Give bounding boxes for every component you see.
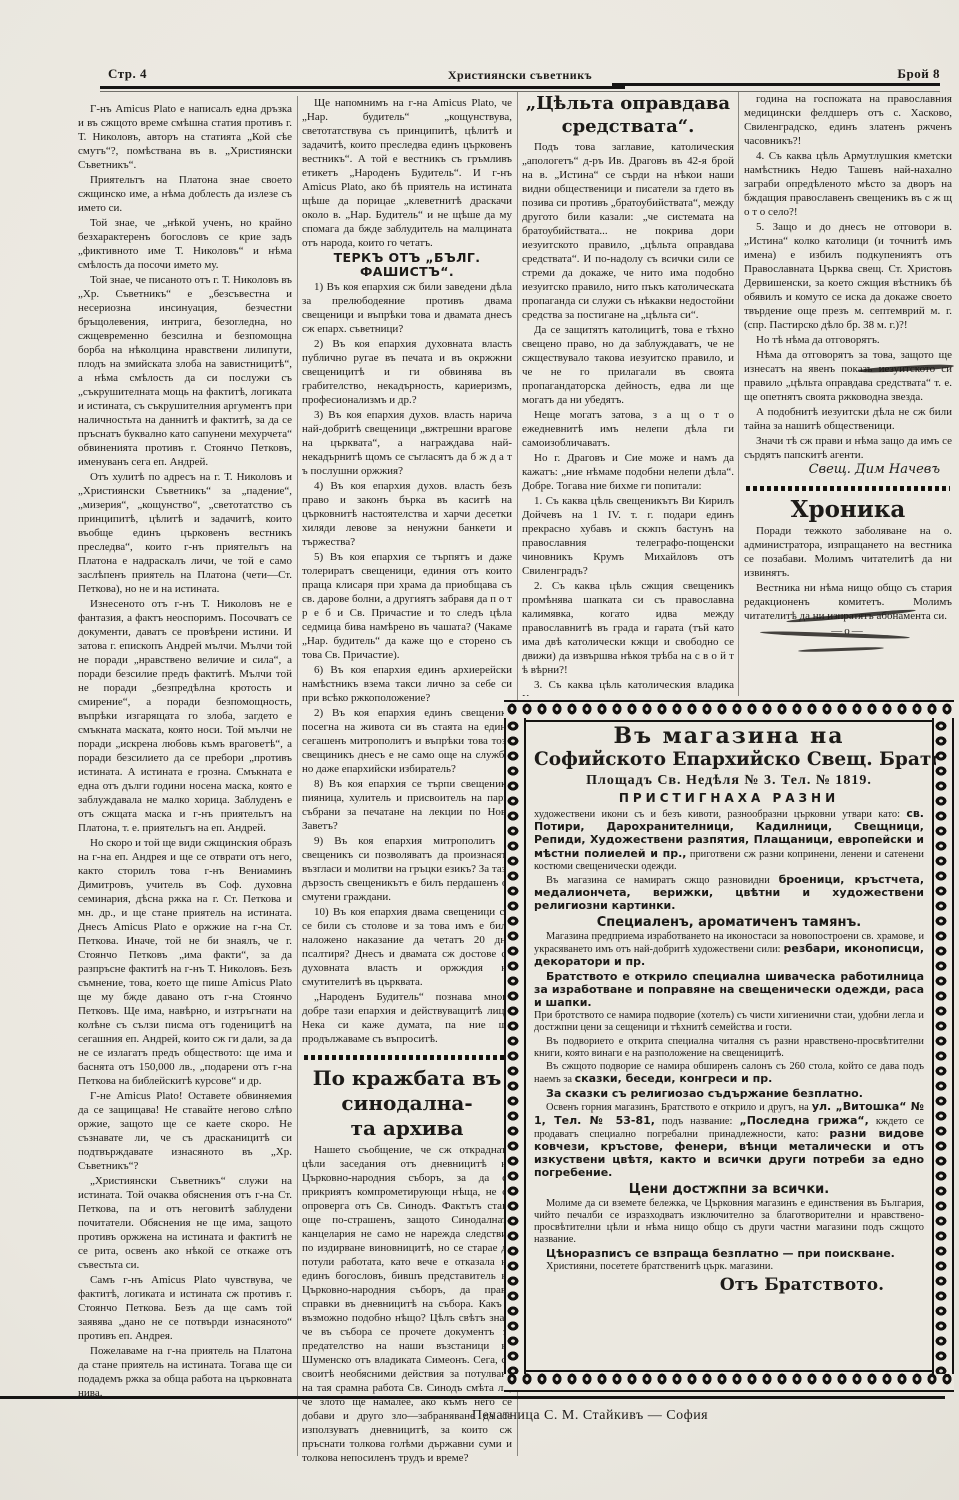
- ad-title: Въ магазина на: [534, 724, 924, 748]
- ad-arrived-heading: ПРИСТИГНАХА РАЗНИ: [534, 790, 924, 806]
- terk-item: 6) Въ коя епархия единъ архиерейски намѣ…: [302, 663, 512, 705]
- ad-paragraph: Християни, посетете братственитѣ църк. м…: [534, 1261, 924, 1273]
- ad-paragraph: художествени икони съ и безъ кивоти, раз…: [534, 808, 924, 873]
- author-signature: Свещ. Дим Начевъ: [744, 463, 952, 477]
- article-paragraph: Пожелаваме на г-на приятель на Платона д…: [78, 1344, 292, 1400]
- article-paragraph: А подобнитѣ иезуитски дѣла не сж били та…: [744, 405, 952, 433]
- issue-number-label: Брой 8: [850, 66, 940, 82]
- chronicle-headline: Хроника: [744, 497, 952, 523]
- ad-paragraph: Въ магазина се намиратъ сжщо разновидни …: [534, 874, 924, 914]
- celta-article-body: Подъ това заглавие, католическия „аполог…: [522, 140, 734, 696]
- column-1-article-amicus-plato: Г-нъ Amicus Plato е написалъ една дръзка…: [78, 102, 292, 1466]
- article-paragraph: Той знае, че „нѣкой ученъ, но крайно без…: [78, 216, 292, 272]
- article-paragraph: 1. Съ каква цѣль свещеникътъ Ви Кирилъ Д…: [522, 494, 734, 578]
- column-divider-1: [297, 96, 298, 1456]
- terk-item: 5) Въ коя епархия се търпятъ и даже толе…: [302, 550, 512, 662]
- theft-article-headline: По кражбата въ синодална- та архива: [302, 1066, 512, 1141]
- ad-paragraph: Молиме да си вземете бележка, че Църковн…: [534, 1198, 924, 1247]
- footer-rule: [0, 1396, 945, 1399]
- article-paragraph: Да се защитятъ католицитѣ, това е тѣхно …: [522, 323, 734, 407]
- terk-item: 9) Въ коя епархия митрополитъ и свещеник…: [302, 834, 512, 904]
- diamond-separator: [304, 1055, 510, 1060]
- article-paragraph: 3. Съ каква цѣль католическия владика Ку…: [522, 678, 734, 696]
- ad-paragraph: Въ сжщото подворие се намира обширенъ са…: [534, 1061, 924, 1086]
- ad-address-phone: Площадъ Св. Недѣля № 3. Тел. № 1819.: [534, 772, 924, 790]
- terk-item: 8) Въ коя епархия се търпи свещеникъ пия…: [302, 777, 512, 833]
- terk-article-headline: ТЕРКЪ ОТЪ „БЪЛГ. ФАШИСТЪ“.: [302, 251, 512, 279]
- chronicle-paragraph: Поради тежкото заболяване на о. админист…: [744, 524, 952, 580]
- celta-article-continued: година на госпожата на православния меди…: [744, 92, 952, 462]
- newspaper-page: Стр. 4 Християнски съветникъ Брой 8 Г-нъ…: [0, 0, 959, 1500]
- article-paragraph: Подъ това заглавие, католическия „аполог…: [522, 140, 734, 322]
- ad-paragraph: Магазина предприема изработването на ико…: [534, 931, 924, 970]
- ad-signoff: Отъ Братството.: [534, 1276, 924, 1295]
- article-paragraph: Самъ г-нъ Amicus Plato чувствува, че фак…: [78, 1273, 292, 1343]
- article-paragraph: Неще могатъ затова, з а щ о т о ежедневн…: [522, 408, 734, 450]
- article-paragraph: „Християнски Съветникъ“ служи на истинат…: [78, 1174, 292, 1272]
- article-paragraph: Г-нъ Amicus Plato е написалъ една дръзка…: [78, 102, 292, 172]
- article-paragraph: Приятельтъ на Платона знае своето сжщинс…: [78, 173, 292, 215]
- article-paragraph: Ще напомнимъ на г-на Amicus Plato, че „Н…: [302, 96, 512, 250]
- terk-item: 2) Въ коя епархия единъ свещеникъ посегн…: [302, 706, 512, 776]
- printer-imprint: Печатница С. М. Стайкивъ — София: [280, 1408, 900, 1424]
- ad-body: художествени икони съ и безъ кивоти, раз…: [534, 808, 924, 1274]
- article-paragraph: 5. Защо и до днесъ не отговори в. „Истин…: [744, 220, 952, 332]
- terk-item: 2) Въ коя епархия духовната власть публи…: [302, 337, 512, 407]
- header-rule-right: [612, 83, 940, 86]
- terk-item: 1) Въ коя епархия сж били заведени дѣла …: [302, 280, 512, 336]
- terk-item: 10) Въ коя епархия двама свещеници сж се…: [302, 905, 512, 989]
- terk-item: 4) Въ коя епархия духов. власть безъ пра…: [302, 479, 512, 549]
- column-2: Ще напомнимъ на г-на Amicus Plato, че „Н…: [302, 96, 512, 1464]
- ad-paragraph: Цѣноразписъ се взпраща безплатно — при п…: [534, 1247, 924, 1260]
- celta-article-headline: „Цѣльта оправдава средствата“.: [522, 92, 734, 138]
- column-3: „Цѣльта оправдава средствата“. Подъ това…: [522, 92, 734, 696]
- article-paragraph: Но скоро и той ще види сжщинския образъ …: [78, 836, 292, 1088]
- ad-paragraph: При бротството се намира подворие (хотел…: [534, 1010, 924, 1034]
- ad-brotherhood-name: Софийското Епархийско Свещ. Братство: [534, 749, 924, 771]
- ad-paragraph: Специаленъ, ароматиченъ тамянъ.: [534, 915, 924, 930]
- ad-paragraph: Въ подворието е открита специална читалн…: [534, 1036, 924, 1060]
- article-paragraph: Той знае, че писаното отъ г. Т. Николовъ…: [78, 273, 292, 469]
- bratstvo-advertisement-box: Въ магазина на Софийското Епархийско Све…: [504, 700, 954, 1392]
- column-divider-3: [738, 92, 739, 696]
- header-rule-left: [100, 86, 625, 89]
- terk-item-list: 1) Въ коя епархия сж били заведени дѣла …: [302, 280, 512, 989]
- diamond-separator: [746, 486, 950, 491]
- article-paragraph: 4. Съ каква цѣль Армутлушкия кметски нам…: [744, 149, 952, 219]
- article-paragraph: Нѣма да отговорятъ за това, защото ще из…: [744, 348, 952, 404]
- terk-item: 3) Въ коя епархия духов. власть нарича н…: [302, 408, 512, 478]
- article-paragraph: Отъ хулитѣ по адресъ на г. Т. Николовъ и…: [78, 470, 292, 596]
- article-paragraph: Но тѣ нѣма да отговорятъ.: [744, 333, 952, 347]
- terk-closing-paragraph: „Народенъ Будитель“ познава много добре …: [302, 990, 512, 1046]
- article-paragraph: Г-не Amicus Plato! Оставете обвиняемия д…: [78, 1089, 292, 1173]
- article-paragraph: Значи тѣ сж прави и нѣма защо да имъ се …: [744, 434, 952, 462]
- column-4: година на госпожата на православния меди…: [744, 92, 952, 696]
- ad-paragraph: Освенъ горния магазинъ, Братството е отк…: [534, 1101, 924, 1180]
- article-paragraph: 2. Съ каква цѣль сжщия свещеникъ промѣня…: [522, 579, 734, 677]
- chronicle-body: Поради тежкото заболяване на о. админист…: [744, 524, 952, 623]
- ad-paragraph: За сказки съ религиозао съдържание безпл…: [534, 1087, 924, 1100]
- masthead: Християнски съветникъ: [360, 68, 680, 83]
- advertisement-content: Въ магазина на Софийското Епархийско Све…: [522, 718, 936, 1374]
- ad-paragraph: Цени достжпни за всички.: [534, 1182, 924, 1197]
- article-paragraph: Но г. Драговъ и Сие може и намъ да кажат…: [522, 451, 734, 493]
- page-number-label: Стр. 4: [108, 66, 147, 82]
- article-paragraph: година на госпожата на православния меди…: [744, 92, 952, 148]
- ad-paragraph: Братството е открило специална шиваческа…: [534, 970, 924, 1009]
- article-paragraph: Изнесеното отъ г-нъ Т. Николовъ не е фан…: [78, 597, 292, 835]
